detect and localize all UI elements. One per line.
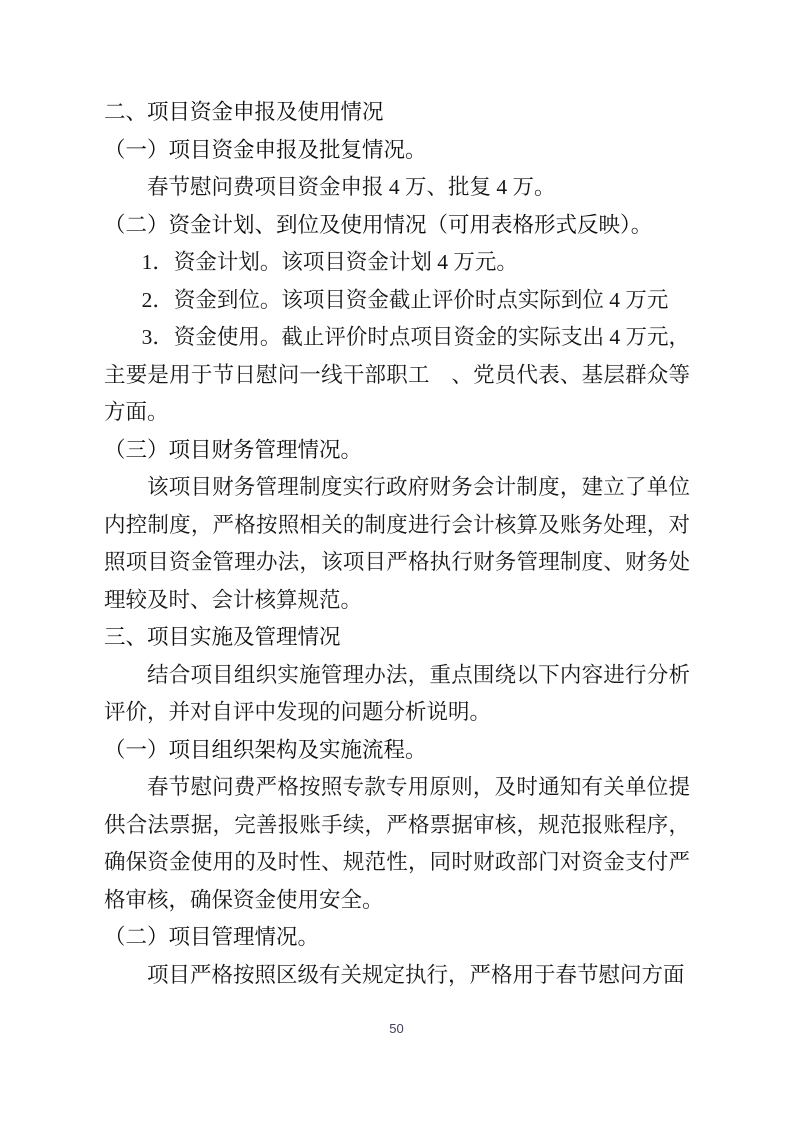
section-heading-implementation: 三、项目实施及管理情况 (104, 619, 690, 657)
body-paragraph-application: 春节慰问费项目资金申报 4 万、批复 4 万。 (104, 169, 690, 207)
list-paragraph-fund-arrival: 2．资金到位。该项目资金截止评价时点实际到位 4 万元 (104, 282, 690, 320)
page-footer: 50 (0, 1019, 793, 1039)
subsection-heading-plan-usage: （二）资金计划、到位及使用情况（可用表格形式反映）。 (104, 207, 690, 245)
section-heading-funding: 二、项目资金申报及使用情况 (104, 94, 690, 132)
list-paragraph-fund-usage: 3．资金使用。截止评价时点项目资金的实际支出 4 万元，主要是用于节日慰问一线干… (104, 319, 690, 432)
subsection-heading-application: （一）项目资金申报及批复情况。 (104, 132, 690, 170)
body-paragraph-implementation-intro: 结合项目组织实施管理办法，重点围绕以下内容进行分析评价，并对自评中发现的问题分析… (104, 657, 690, 732)
body-paragraph-financial-management: 该项目财务管理制度实行政府财务会计制度，建立了单位内控制度，严格按照相关的制度进… (104, 469, 690, 619)
body-paragraph-organization: 春节慰问费严格按照专款专用原则，及时通知有关单位提供合法票据，完善报账手续，严格… (104, 769, 690, 919)
page-number: 50 (389, 1021, 403, 1036)
subsection-heading-financial-management: （三）项目财务管理情况。 (104, 432, 690, 470)
list-paragraph-fund-plan: 1．资金计划。该项目资金计划 4 万元。 (104, 244, 690, 282)
body-paragraph-project-management: 项目严格按照区级有关规定执行，严格用于春节慰问方面 (104, 957, 690, 995)
document-body: 二、项目资金申报及使用情况 （一）项目资金申报及批复情况。 春节慰问费项目资金申… (104, 94, 690, 994)
document-page: 二、项目资金申报及使用情况 （一）项目资金申报及批复情况。 春节慰问费项目资金申… (0, 0, 793, 1122)
subsection-heading-project-management: （二）项目管理情况。 (104, 919, 690, 957)
subsection-heading-organization: （一）项目组织架构及实施流程。 (104, 732, 690, 770)
